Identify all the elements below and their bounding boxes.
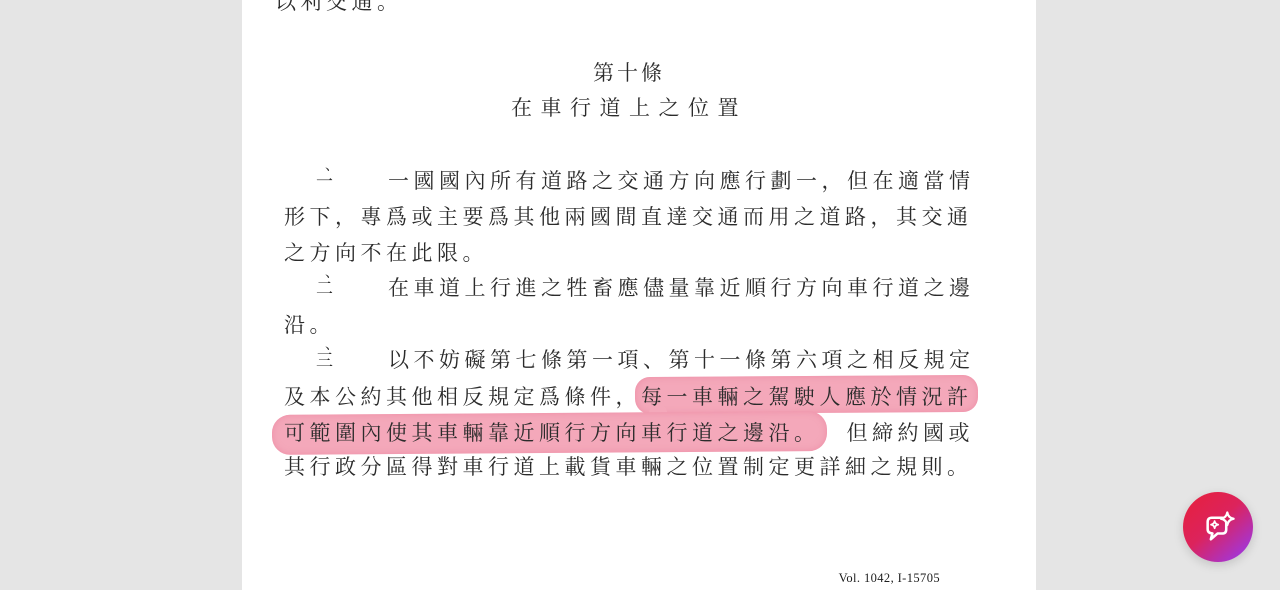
text-line-partial: 以利交通。 [275, 0, 1036, 23]
text-run: 在車道上行進之牲畜應儘量靠近順行方向車行道之邊 [388, 277, 975, 299]
text-run: 及本公約其他相反規定爲條件， [284, 385, 641, 409]
text-run: 一國國內所有道路之交通方向應行劃一，但在適當情 [388, 170, 975, 192]
text-line: 其行政分區得對車行道上載貨車輛之位置制定更詳細之規則。 [284, 456, 1036, 488]
text-line: 沿。 [284, 314, 1036, 346]
text-line: 之方向不在此限。 [284, 242, 1036, 274]
text-line: 、 一 一國國內所有道路之交通方向應行劃一，但在適當情 [242, 170, 1036, 202]
article-subtitle: 在車行道上之位置 [284, 97, 974, 129]
paragraph-marker: 、 三 [316, 349, 344, 379]
marker-numeral: 二 [316, 280, 338, 297]
chat-sparkle-icon [1199, 508, 1237, 546]
text-line: 及本公約其他相反規定爲條件，每一車輛之駕駛人應於情況許 [284, 386, 1036, 418]
text-run: 但締約國或 [847, 421, 975, 445]
marker-numeral: 一 [316, 173, 338, 190]
chat-widget-button[interactable] [1183, 492, 1253, 562]
text-line: 、 二 在車道上行進之牲畜應儘量靠近順行方向車行道之邊 [242, 277, 1036, 309]
highlight-annotation: 每一車輛之駕駛人應於情況許 [641, 385, 973, 409]
text-line: 可範圍內使其車輛靠近順行方向車行道之邊沿。但締約國或 [284, 422, 1036, 454]
page-footer-reference: Vol. 1042, I-15705 [284, 571, 940, 586]
marker-numeral: 三 [316, 352, 338, 369]
document-page: 以利交通。 第十條 在車行道上之位置 、 一 一國國內所有道路之交通方向應行劃一… [242, 0, 1036, 590]
article-title: 第十條 [284, 62, 974, 94]
text-run: 以不妨礙第七條第一項、第十一條第六項之相反規定 [388, 349, 975, 371]
highlight-annotation: 可範圍內使其車輛靠近順行方向車行道之邊沿。 [284, 421, 820, 445]
text-line: 、 三 以不妨礙第七條第一項、第十一條第六項之相反規定 [242, 349, 1036, 381]
text-line: 形下，專爲或主要爲其他兩國間直達交通而用之道路，其交通 [284, 206, 1036, 238]
paragraph-marker: 、 一 [316, 170, 344, 200]
paragraph-marker: 、 二 [316, 277, 344, 307]
document-viewer: 以利交通。 第十條 在車行道上之位置 、 一 一國國內所有道路之交通方向應行劃一… [0, 0, 1280, 590]
